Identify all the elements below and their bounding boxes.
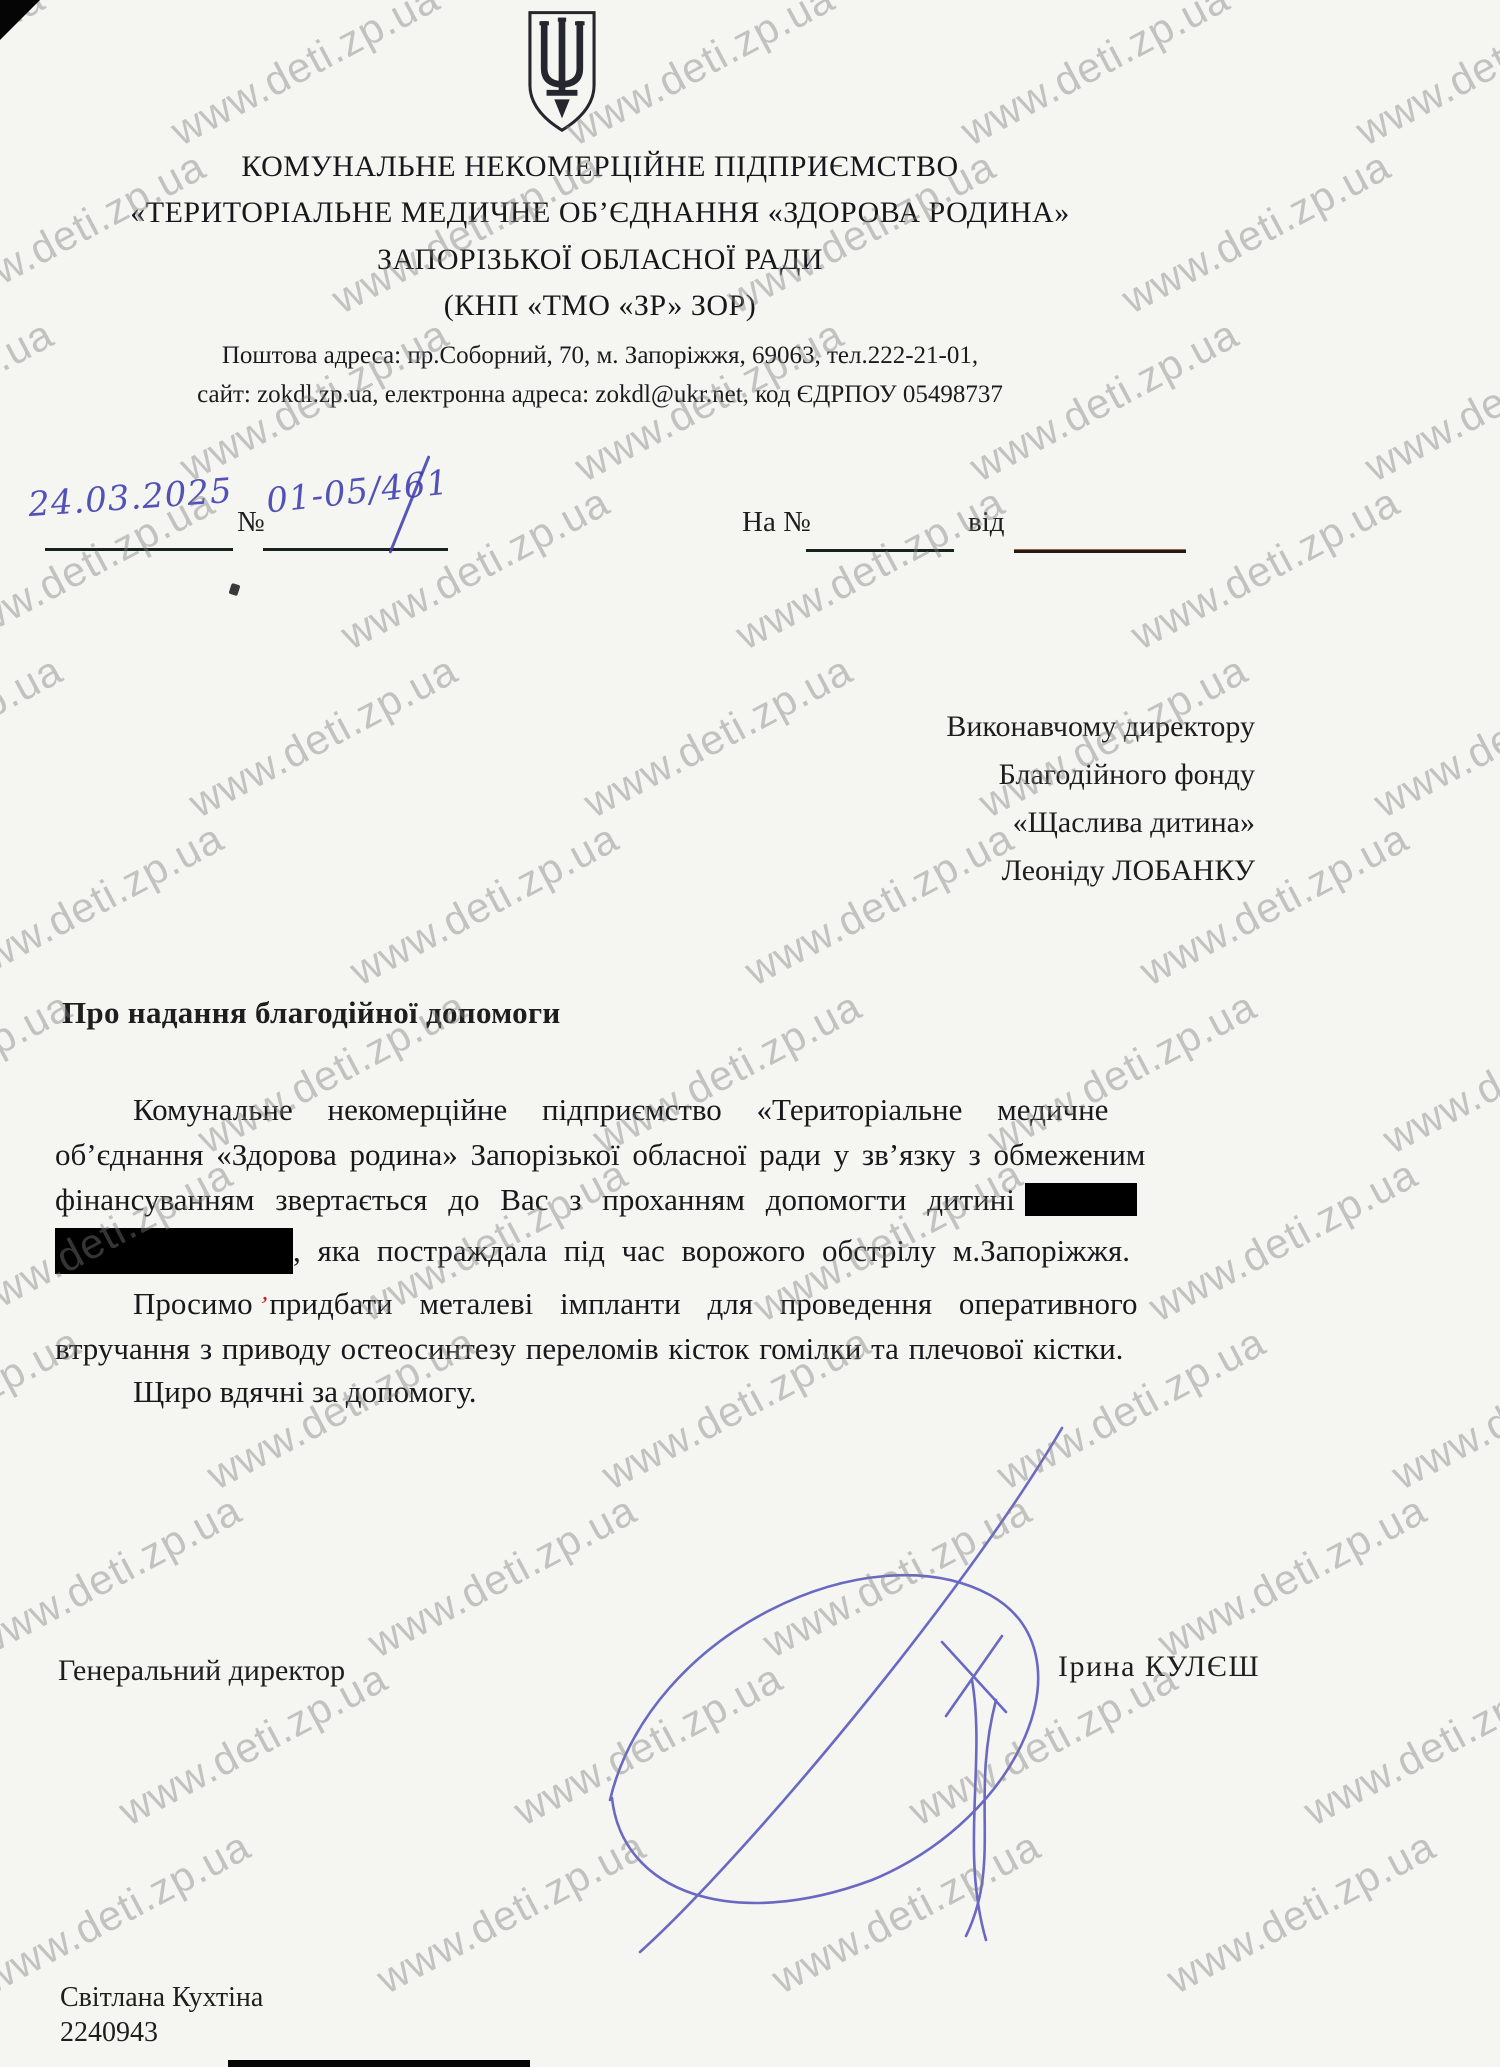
redacted-name-box-2: [55, 1228, 293, 1274]
watermark-text: www.deti.zp.ua: [163, 0, 447, 155]
watermark-text: www.deti.zp.ua: [1296, 1654, 1500, 1836]
recipient-line-2: Благодійного фонду: [850, 751, 1255, 799]
body-p2-line1-rest: придбати металеві імпланти для проведенн…: [269, 1286, 1137, 1321]
watermark-text: www.deti.zp.ua: [1348, 0, 1500, 155]
watermark-text: www.deti.zp.ua: [558, 0, 842, 155]
watermark-text: www.deti.zp.ua: [1150, 1486, 1434, 1668]
handwritten-signature: [540, 1380, 1100, 1985]
signer-title: Генеральний директор: [58, 1654, 345, 1688]
redacted-name-box-1: [1025, 1183, 1137, 1216]
watermark-text: www.deti.zp.ua: [0, 646, 70, 828]
scanned-letter-page: КОМУНАЛЬНЕ НЕКОМЕРЦІЙНЕ ПІДПРИЄМСТВО «ТЕ…: [0, 0, 1500, 2067]
watermark-text: www.deti.zp.ua: [953, 0, 1237, 155]
incoming-number-label: На №: [742, 506, 811, 539]
handwritten-date: 24.03.2025: [27, 471, 234, 525]
date-underline: [45, 548, 233, 551]
watermark-text: www.deti.zp.ua: [0, 1822, 258, 2004]
org-name-line-3: ЗАПОРІЗЬКОЇ ОБЛАСНОЇ РАДИ: [40, 243, 1160, 277]
watermark-text: www.deti.zp.ua: [1366, 646, 1500, 828]
watermark-text: www.deti.zp.ua: [576, 646, 860, 828]
number-label: №: [237, 506, 265, 539]
watermark-text: www.deti.zp.ua: [0, 814, 231, 996]
contact-number: 2240943: [60, 2017, 158, 2049]
recipient-line-3: «Щаслива дитина»: [850, 799, 1255, 847]
trident-coat-of-arms-icon: [524, 8, 600, 141]
incoming-date-label: від: [968, 506, 1005, 539]
incoming-number-underline: [806, 549, 954, 552]
body-p1-line4-text: , яка постраждала під час ворожого обстр…: [293, 1233, 1130, 1268]
body-p2-line2: втручання з приводу остеосинтезу перелом…: [55, 1331, 1213, 1367]
watermark-text: www.deti.zp.ua: [1123, 478, 1407, 660]
watermark-text: www.deti.zp.ua: [1159, 1822, 1443, 2004]
subject-line: Про надання благодійної допомоги: [62, 995, 561, 1031]
watermark-text: www.deti.zp.ua: [181, 646, 465, 828]
contact-name: Світлана Кухтіна: [60, 1982, 263, 2014]
watermark-text: www.deti.zp.ua: [1357, 310, 1500, 492]
body-p2-word1: Просимо: [133, 1286, 253, 1321]
org-name-line-4: (КНП «ТМО «ЗР» ЗОР): [40, 289, 1160, 323]
watermark-text: www.deti.zp.ua: [1384, 1318, 1500, 1500]
body-p1-line3: фінансуванням звертається до Вас з проха…: [55, 1182, 1213, 1218]
scan-ink-speck: [229, 583, 241, 596]
body-p1-line2: об’єднання «Здорова родина» Запорізької …: [55, 1137, 1213, 1173]
recipient-line-4: Леоніду ЛОБАНКУ: [850, 847, 1255, 895]
org-address-line-2: сайт: zokdl.zp.ua, електронна адреса: zo…: [40, 381, 1160, 409]
scan-bottom-edge-artifact: [228, 2060, 530, 2067]
org-name-line-2: «ТЕРИТОРІАЛЬНЕ МЕДИЧНЕ ОБ’ЄДНАННЯ «ЗДОРО…: [40, 196, 1160, 230]
number-underline: [263, 548, 448, 551]
body-p1-line1: Комунальне некомерційне підприємство «Те…: [55, 1092, 1291, 1128]
incoming-date-underline: [1014, 549, 1186, 553]
watermark-text: www.deti.zp.ua: [1375, 982, 1500, 1164]
recipient-line-1: Виконавчому директору: [850, 703, 1255, 751]
body-p1-line3-text: фінансуванням звертається до Вас з проха…: [55, 1182, 1015, 1217]
scan-corner-artifact: [0, 0, 40, 40]
watermark-text: www.deti.zp.ua: [0, 1486, 249, 1668]
body-p1-line4: , яка постраждала під час ворожого обстр…: [55, 1228, 1213, 1274]
watermark-text: www.deti.zp.ua: [342, 814, 626, 996]
org-name-line-1: КОМУНАЛЬНЕ НЕКОМЕРЦІЙНЕ ПІДПРИЄМСТВО: [40, 150, 1160, 184]
body-p2-line1: Просимо’придбати металеві імпланти для п…: [55, 1286, 1291, 1322]
org-address-line-1: Поштова адреса: пр.Соборний, 70, м. Запо…: [40, 342, 1160, 370]
